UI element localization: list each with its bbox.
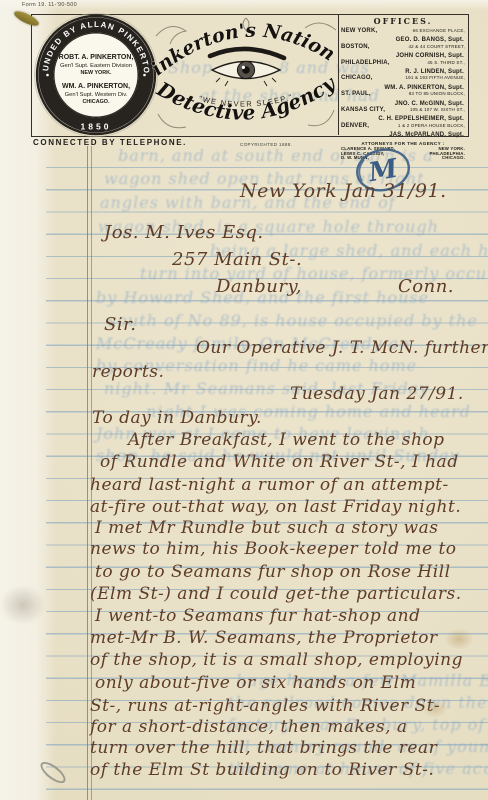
agency-logo: Pinkerton's National "WE NEVER SLEEP." D…	[150, 12, 342, 138]
body-line: of the Elm St building on to River St-.	[90, 760, 434, 780]
office-superintendent: JAS. McPARLAND, Supt.	[389, 132, 464, 138]
body-line: only about-five or six hands on Elm	[95, 673, 416, 693]
body-line: (Elm St-) and I could get-the particular…	[90, 584, 462, 604]
body-line: of Rundle and White on River St-, I had	[100, 452, 459, 472]
svg-text:Gen'l Supt. Eastern Division: Gen'l Supt. Eastern Division	[60, 63, 132, 69]
telephone-note: CONNECTED BY TELEPHONE.	[33, 138, 187, 147]
office-entry: KANSAS CITY, 105 & 107 W. SIXTH ST., C. …	[341, 107, 465, 123]
office-entry: NEW YORK, 66 EXCHANGE PLACE, GEO. D. BAN…	[341, 28, 465, 44]
recipient-line: Danbury,	[216, 276, 302, 297]
paper-crease	[0, 585, 46, 625]
bleedthrough-line: south of No 89, is house occupied by the	[108, 311, 478, 330]
office-entry: BOSTON, 42 & 44 COURT STREET, JOHN CORNI…	[341, 44, 465, 60]
office-city: ST. PAUL,	[341, 91, 371, 97]
office-superintendent: C. H. EPPELSHEIMER, Supt.	[378, 116, 464, 122]
salutation: Sir.	[104, 314, 136, 335]
body-line: turn over the hill, that brings the rear	[90, 738, 437, 758]
office-superintendent: R. J. LINDEN, Supt.	[405, 69, 464, 75]
body-line: news to him, his Book-keeper told me to	[90, 539, 457, 559]
body-line: After Breakfast, I went to the shop	[128, 430, 445, 450]
office-city: PHILADELPHIA,	[341, 60, 390, 66]
svg-text:NEW YORK.: NEW YORK.	[80, 70, 112, 76]
recipient-line: 257 Main St-.	[172, 249, 302, 270]
office-entry: PHILADELPHIA, 45 S. THIRD ST., R. J. LIN…	[341, 60, 465, 76]
office-entry: ST. PAUL, 83 TO 85 UNION BLOCK, JNO. C. …	[341, 91, 465, 107]
office-superintendent: JNO. C. McGINN, Supt.	[395, 101, 464, 107]
svg-text:CHICAGO.: CHICAGO.	[83, 99, 110, 105]
office-superintendent: WM. A. PINKERTON, Supt.	[384, 85, 464, 91]
copyright-note: COPYRIGHTED 1888.	[240, 142, 292, 147]
eye-emblem	[210, 49, 284, 86]
offices-block: OFFICES. NEW YORK, 66 EXCHANGE PLACE, GE…	[341, 16, 465, 161]
svg-text:ROBT. A. PINKERTON,: ROBT. A. PINKERTON,	[59, 54, 134, 61]
offices-title: OFFICES.	[341, 16, 465, 26]
office-city: BOSTON,	[341, 44, 370, 50]
offices-list: NEW YORK, 66 EXCHANGE PLACE, GEO. D. BAN…	[341, 28, 465, 139]
office-city: DENVER,	[341, 123, 369, 129]
body-line: heard last-night a rumor of an attempt-	[90, 475, 449, 495]
office-entry: CHICAGO, 191 & 193 FIFTH AVENUE, WM. A. …	[341, 75, 465, 91]
body-line: to go to Seamans fur shop on Rose Hill	[95, 562, 451, 582]
office-superintendent: GEO. D. BANGS, Supt.	[396, 37, 464, 43]
body-line: of the shop, it is a small shop, employi…	[90, 650, 463, 670]
attorney-city: CHICAGO.	[442, 156, 465, 161]
svg-text:WM. A. PINKERTON,: WM. A. PINKERTON,	[62, 83, 130, 90]
founders-seal: FOUNDED BY ALLAN PINKERTON. 1850 ROBT. A…	[26, 8, 166, 142]
office-city: NEW YORK,	[341, 28, 377, 34]
letter-page: Shop on No 8 and wasat the shop and hadb…	[0, 0, 488, 800]
office-address: 83 TO 85 UNION BLOCK,	[409, 91, 465, 97]
office-city: CHICAGO,	[341, 75, 373, 81]
body-line: met-Mr B. W. Seamans, the Proprietor	[90, 628, 438, 648]
office-superintendent: JOHN CORNISH, Supt.	[396, 53, 464, 59]
body-line: I went-to Seamans fur hat-shop and	[95, 606, 421, 626]
body-line: To day in Danbury.	[92, 408, 262, 428]
body-line: at-fire out-that way, on last Friday nig…	[90, 497, 461, 517]
body-line: Our Operative J. T. McN. further	[196, 338, 488, 358]
body-line: reports.	[92, 362, 164, 382]
office-address: 191 & 193 FIFTH AVENUE,	[405, 75, 465, 81]
svg-text:Gen'l Supt. Western Div.: Gen'l Supt. Western Div.	[65, 92, 128, 98]
office-entry: DENVER, 1 & 2 OPERA HOUSE BLOCK, JAS. Mc…	[341, 123, 465, 139]
body-line: Tuesday Jan 27/91.	[290, 384, 464, 404]
body-line: St-, runs at-right-angles with River St-	[90, 696, 440, 716]
recipient-line: Jos. M. Ives Esq.	[104, 222, 264, 243]
recipient-line: Conn.	[398, 276, 454, 297]
body-line: for a short-distance, then makes, a	[90, 717, 408, 737]
body-line: I met Mr Rundle but such a story was	[95, 518, 438, 538]
seal-year: 1850	[81, 122, 112, 132]
dateline: New York Jan 31/91.	[240, 180, 447, 202]
